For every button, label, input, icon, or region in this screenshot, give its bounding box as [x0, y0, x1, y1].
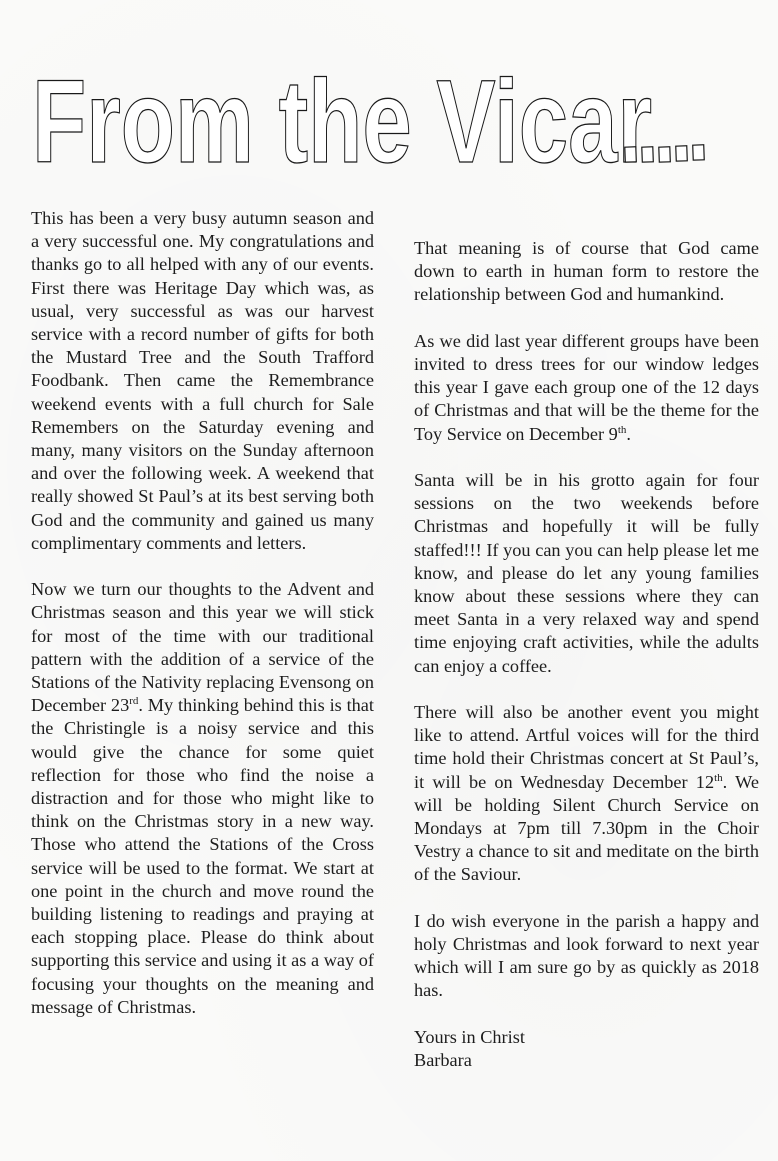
paragraph-text: As we did last year different groups hav… [414, 331, 759, 444]
paragraph-text: There will also be another event you mig… [414, 702, 759, 792]
paragraph-santa-grotto: Santa will be in his grotto again for fo… [414, 469, 759, 678]
signoff-closing: Yours in Christ [414, 1026, 759, 1049]
ordinal-suffix: rd [129, 695, 138, 707]
signoff-name: Barbara [414, 1049, 759, 1072]
paragraph-christmas-wishes: I do wish everyone in the parish a happy… [414, 910, 759, 1003]
left-column: This has been a very busy autumn season … [31, 207, 374, 1042]
ordinal-suffix: th [714, 772, 723, 784]
paragraph-dress-trees: As we did last year different groups hav… [414, 330, 759, 446]
paragraph-text: I do wish everyone in the parish a happy… [414, 911, 759, 1001]
paragraph-meaning: That meaning is of course that God came … [414, 237, 759, 307]
paragraph-text: That meaning is of course that God came … [414, 238, 759, 304]
newsletter-page: From the Vicar This has been a very busy… [0, 0, 778, 1161]
paragraph-autumn-season: This has been a very busy autumn season … [31, 207, 374, 555]
paragraph-text: . My thinking behind this is that the Ch… [31, 695, 374, 1017]
paragraph-text: This has been a very busy autumn season … [31, 208, 374, 553]
page-title: From the Vicar [22, 50, 762, 190]
paragraph-advent-christmas: Now we turn our thoughts to the Advent a… [31, 578, 374, 1019]
right-column: That meaning is of course that God came … [414, 237, 759, 1072]
title-text: From the Vicar [32, 55, 652, 187]
paragraph-text: Santa will be in his grotto again for fo… [414, 470, 759, 676]
paragraph-another-event: There will also be another event you mig… [414, 701, 759, 887]
paragraph-text: . [626, 424, 631, 444]
title-wordart: From the Vicar [22, 50, 762, 190]
title-letters: From the Vicar [32, 55, 652, 187]
